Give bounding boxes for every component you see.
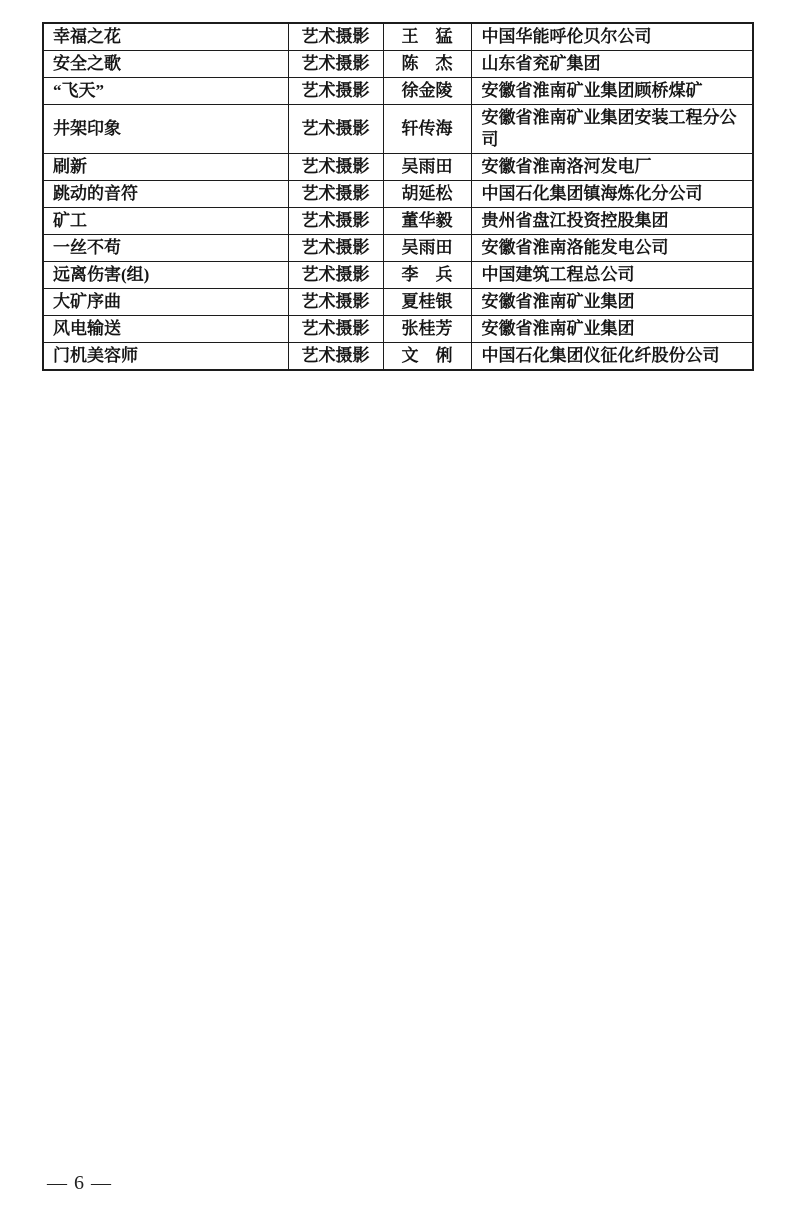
author-cell: 吴雨田 [383,235,471,262]
table-row: 矿工 艺术摄影 董华毅 贵州省盘江投资控股集团 [43,208,753,235]
author-cell: 李 兵 [383,262,471,289]
table-row: 大矿序曲 艺术摄影 夏桂银 安徽省淮南矿业集团 [43,289,753,316]
table-row: 幸福之花 艺术摄影 王 猛 中国华能呼伦贝尔公司 [43,23,753,51]
author-cell: 夏桂银 [383,289,471,316]
category-cell: 艺术摄影 [288,289,383,316]
work-title-cell: 矿工 [43,208,288,235]
organization-cell: 贵州省盘江投资控股集团 [471,208,753,235]
organization-cell: 安徽省淮南矿业集团 [471,316,753,343]
awards-table: 幸福之花 艺术摄影 王 猛 中国华能呼伦贝尔公司 安全之歌 艺术摄影 陈 杰 山… [42,22,754,371]
table-row: 跳动的音符 艺术摄影 胡延松 中国石化集团镇海炼化分公司 [43,181,753,208]
organization-cell: 中国石化集团仪征化纤股份公司 [471,343,753,371]
category-cell: 艺术摄影 [288,208,383,235]
organization-cell: 安徽省淮南洛河发电厂 [471,154,753,181]
category-cell: 艺术摄影 [288,51,383,78]
organization-cell: 安徽省淮南矿业集团顾桥煤矿 [471,78,753,105]
author-cell: 文 俐 [383,343,471,371]
author-cell: 徐金陵 [383,78,471,105]
author-cell: 董华毅 [383,208,471,235]
work-title-cell: 一丝不苟 [43,235,288,262]
category-cell: 艺术摄影 [288,262,383,289]
organization-cell: 中国华能呼伦贝尔公司 [471,23,753,51]
category-cell: 艺术摄影 [288,316,383,343]
category-cell: 艺术摄影 [288,181,383,208]
organization-cell: 安徽省淮南洛能发电公司 [471,235,753,262]
author-cell: 轩传海 [383,105,471,154]
table-row: 风电输送 艺术摄影 张桂芳 安徽省淮南矿业集团 [43,316,753,343]
work-title-cell: 门机美容师 [43,343,288,371]
author-cell: 王 猛 [383,23,471,51]
author-cell: 吴雨田 [383,154,471,181]
table-row: 远离伤害(组) 艺术摄影 李 兵 中国建筑工程总公司 [43,262,753,289]
category-cell: 艺术摄影 [288,23,383,51]
work-title-cell: 大矿序曲 [43,289,288,316]
author-cell: 陈 杰 [383,51,471,78]
category-cell: 艺术摄影 [288,78,383,105]
work-title-cell: 远离伤害(组) [43,262,288,289]
organization-cell: 安徽省淮南矿业集团安装工程分公 司 [471,105,753,154]
table-row: 井架印象 艺术摄影 轩传海 安徽省淮南矿业集团安装工程分公 司 [43,105,753,154]
table-row: 安全之歌 艺术摄影 陈 杰 山东省兖矿集团 [43,51,753,78]
work-title-cell: 风电输送 [43,316,288,343]
table-row: 门机美容师 艺术摄影 文 俐 中国石化集团仪征化纤股份公司 [43,343,753,371]
work-title-cell: 井架印象 [43,105,288,154]
category-cell: 艺术摄影 [288,105,383,154]
author-cell: 张桂芳 [383,316,471,343]
category-cell: 艺术摄影 [288,154,383,181]
category-cell: 艺术摄影 [288,343,383,371]
table-row: 刷新 艺术摄影 吴雨田 安徽省淮南洛河发电厂 [43,154,753,181]
work-title-cell: 幸福之花 [43,23,288,51]
work-title-cell: “飞天” [43,78,288,105]
author-cell: 胡延松 [383,181,471,208]
category-cell: 艺术摄影 [288,235,383,262]
work-title-cell: 安全之歌 [43,51,288,78]
table-row: “飞天” 艺术摄影 徐金陵 安徽省淮南矿业集团顾桥煤矿 [43,78,753,105]
page-number: — 6 — [47,1172,112,1195]
organization-cell: 中国建筑工程总公司 [471,262,753,289]
organization-cell: 山东省兖矿集团 [471,51,753,78]
organization-cell: 中国石化集团镇海炼化分公司 [471,181,753,208]
work-title-cell: 刷新 [43,154,288,181]
awards-table-body: 幸福之花 艺术摄影 王 猛 中国华能呼伦贝尔公司 安全之歌 艺术摄影 陈 杰 山… [43,23,753,370]
work-title-cell: 跳动的音符 [43,181,288,208]
organization-cell: 安徽省淮南矿业集团 [471,289,753,316]
table-row: 一丝不苟 艺术摄影 吴雨田 安徽省淮南洛能发电公司 [43,235,753,262]
